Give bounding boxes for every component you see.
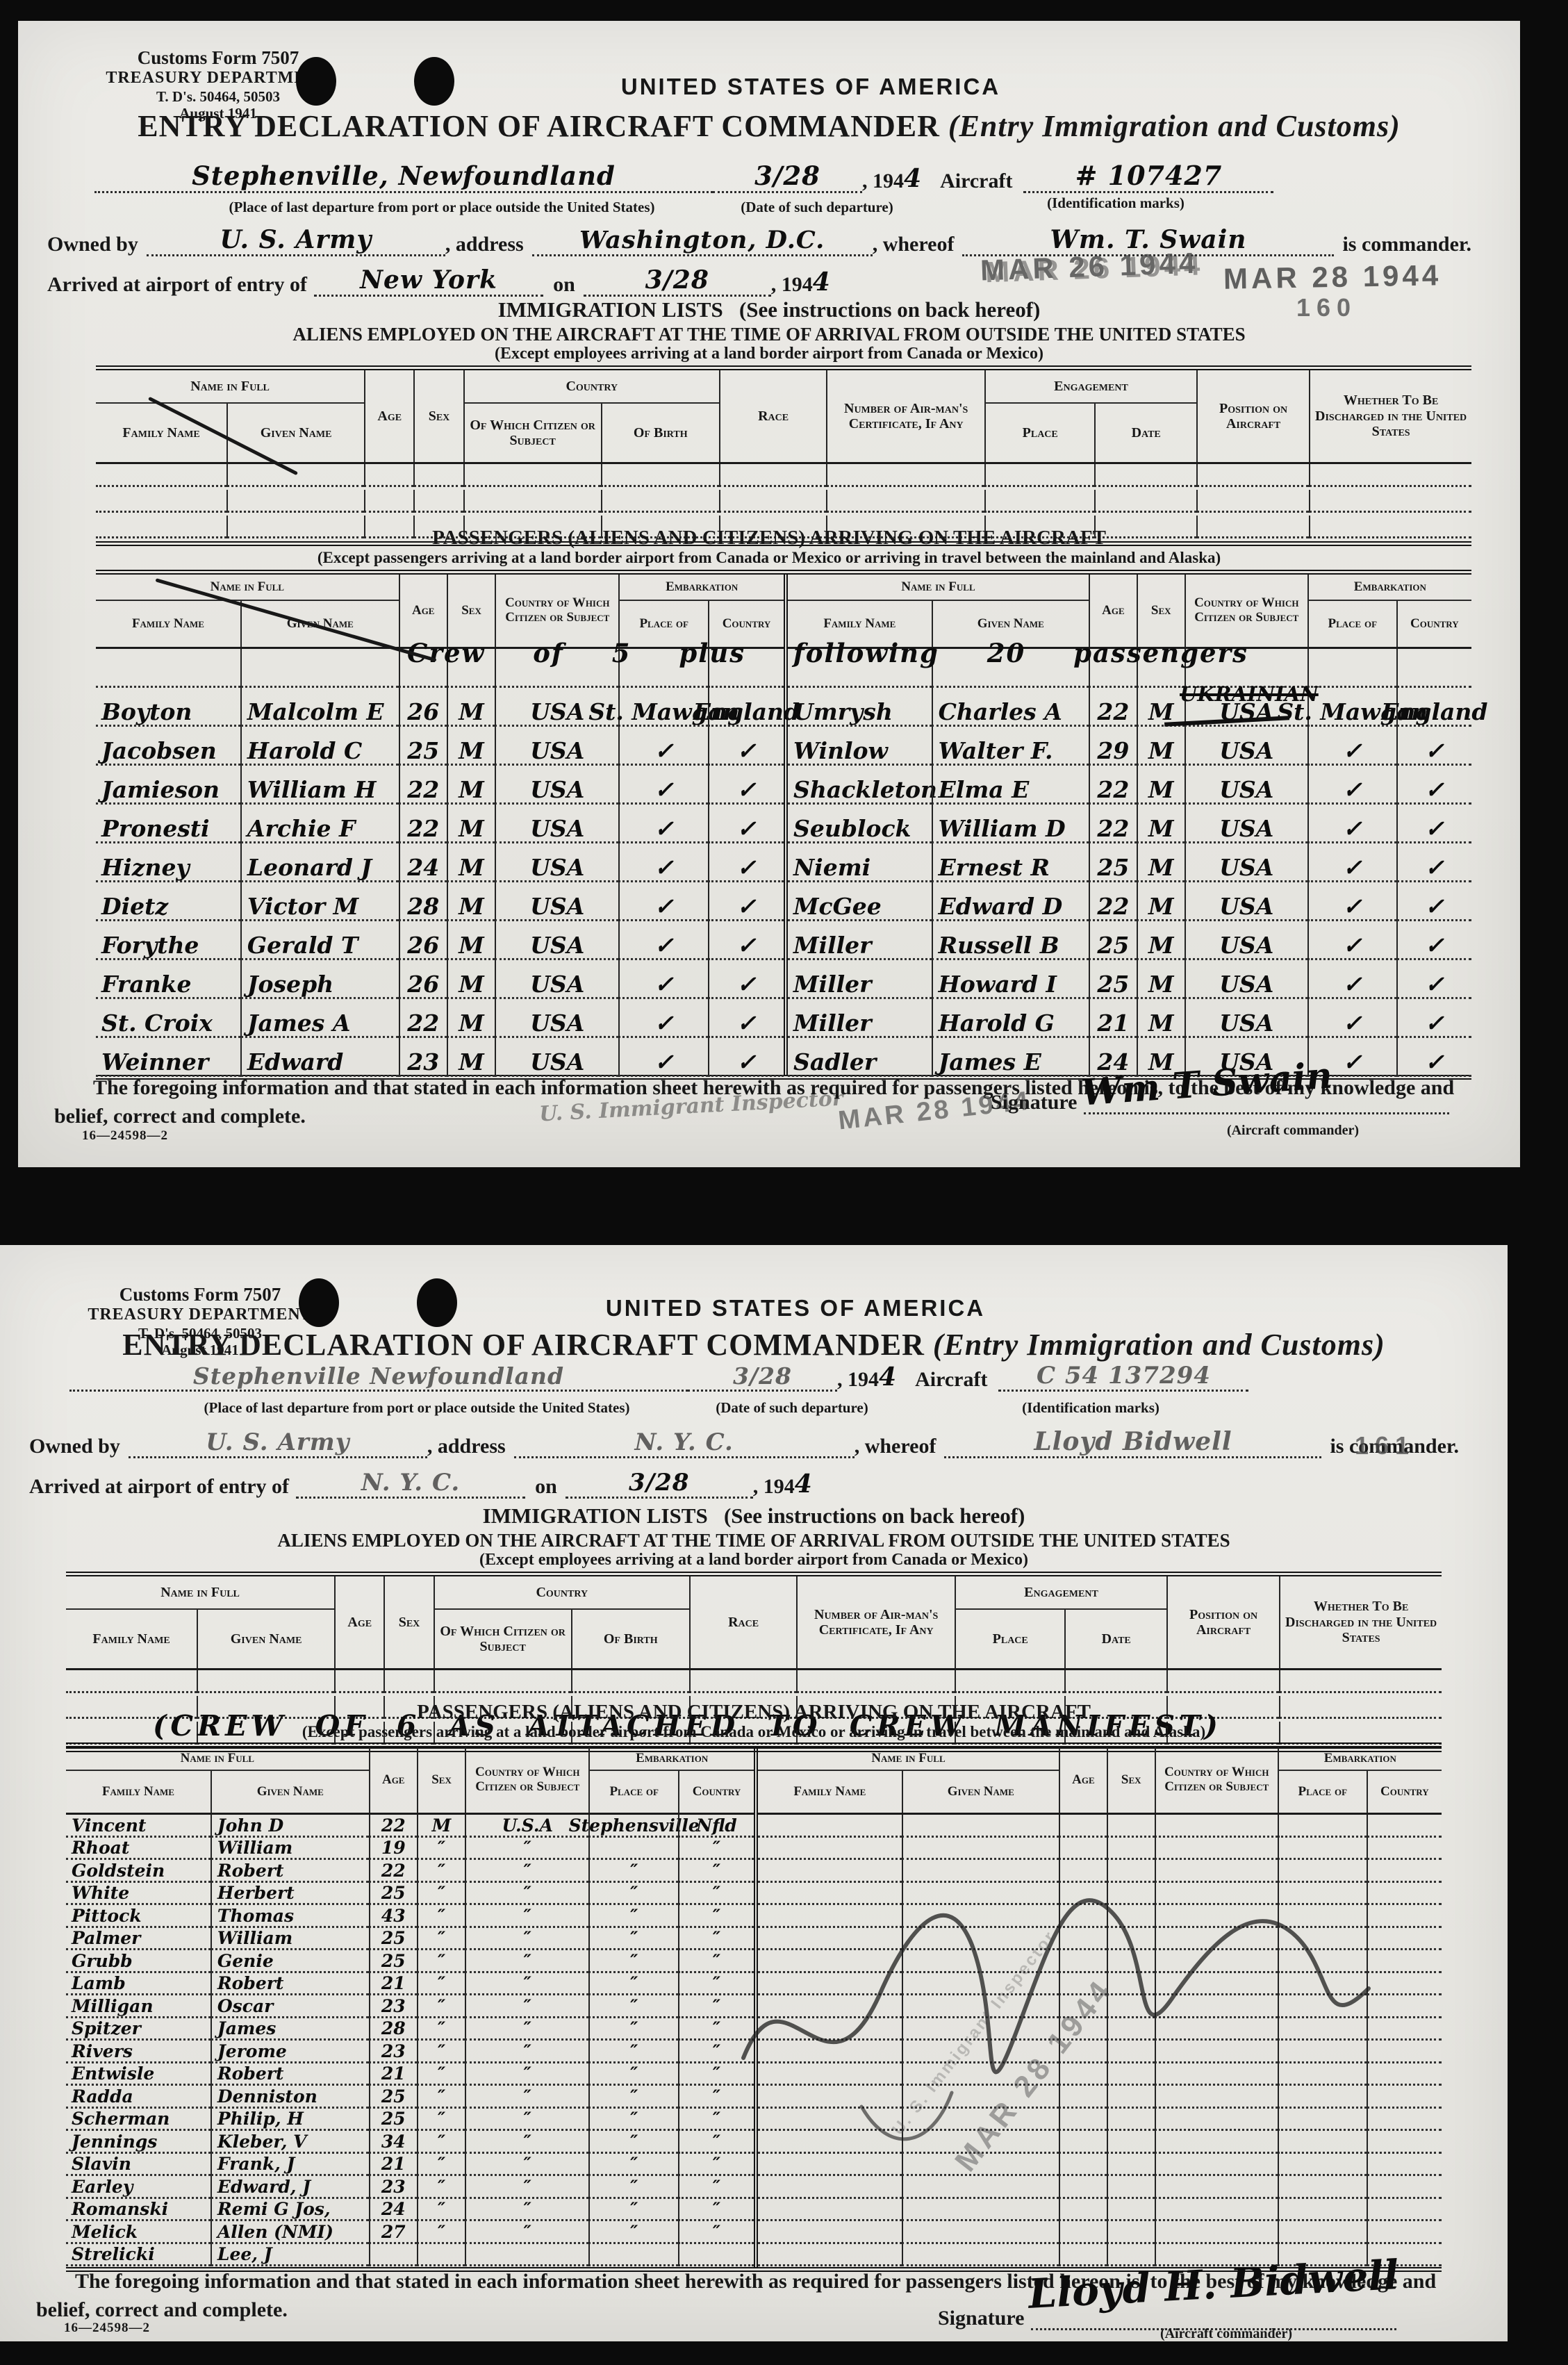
- col-birth: Of Birth: [571, 1610, 689, 1668]
- aliens-table-header: Name in Full Family Name Given Name Age …: [96, 370, 1471, 464]
- age-cell: 25: [399, 727, 447, 766]
- sex-cell: ″: [417, 1838, 465, 1861]
- form-print-number: 16—24598—2: [64, 2321, 150, 2336]
- citizen-cell: USA: [1185, 843, 1307, 882]
- passenger-row: Earley Edward, J 23 ″ ″ ″ ″: [66, 2176, 754, 2199]
- sex-cell: ″: [417, 1973, 465, 1996]
- citizen-cell: ″: [465, 1950, 588, 1973]
- date-stamp: MAR 28 1944: [1223, 258, 1442, 295]
- citizen-cell: ″: [465, 2086, 588, 2109]
- passenger-row: Shackleton Elma E 22 M USA ✓ ✓: [788, 766, 1471, 805]
- embark-place-cell: ″: [588, 1973, 678, 1996]
- embark-country-cell: [678, 2244, 754, 2267]
- family-name-cell: Sadler: [788, 1038, 932, 1077]
- embark-country-cell: ✓: [708, 1038, 784, 1077]
- passenger-row: Scherman Philip, H 25 ″ ″ ″ ″: [66, 2109, 754, 2132]
- passenger-row: Franke Joseph 26 M USA ✓ ✓: [96, 960, 784, 999]
- age-cell: 25: [369, 1883, 417, 1906]
- col-citizen: Country of Which Citizen or Subject: [1185, 575, 1307, 647]
- age-cell: 23: [369, 1995, 417, 2018]
- passenger-row: Romanski Remi G Jos, 24 ″ ″ ″ ″: [66, 2199, 754, 2222]
- col-race: Race: [689, 1576, 796, 1668]
- age-cell: 19: [369, 1838, 417, 1861]
- passenger-row: Entwisle Robert 21 ″ ″ ″ ″: [66, 2063, 754, 2086]
- passenger-row: McGee Edward D 22 M USA ✓ ✓: [788, 882, 1471, 921]
- col-age: Age: [1089, 575, 1137, 647]
- col-name-in-full: Name in Full: [758, 1747, 1059, 1771]
- age-cell: 27: [369, 2221, 417, 2244]
- col-citizen: Country of Which Citizen or Subject: [1155, 1747, 1278, 1813]
- col-sex: Sex: [417, 1747, 465, 1813]
- age-cell: 21: [1089, 999, 1137, 1038]
- age-cell: 23: [399, 1038, 447, 1077]
- owned-by-label: Owned by: [29, 1435, 120, 1458]
- col-given-name: Given Name: [902, 1771, 1059, 1813]
- arrival-year-digit: 4: [813, 267, 831, 297]
- citizen-cell: ″: [465, 2221, 588, 2244]
- embark-place-cell: ″: [588, 2041, 678, 2063]
- embark-place-cell: ″: [588, 1995, 678, 2018]
- citizen-cell: USA: [495, 843, 618, 882]
- col-embark-country: Country: [1367, 1771, 1442, 1813]
- passenger-row: Radda Denniston 25 ″ ″ ″ ″: [66, 2086, 754, 2109]
- sex-cell: M: [1137, 766, 1185, 805]
- family-name-cell: St. Croix: [96, 999, 240, 1038]
- embark-place-cell: ✓: [1307, 766, 1396, 805]
- departure-date-field: 3/28: [713, 160, 862, 193]
- family-name-cell: Miller: [788, 999, 932, 1038]
- arrival-date-value: 3/28: [629, 1469, 689, 1497]
- sex-cell: M: [447, 1038, 495, 1077]
- family-name-cell: Miller: [788, 960, 932, 999]
- family-name-cell: McGee: [788, 882, 932, 921]
- family-name-cell: Shackleton: [788, 766, 932, 805]
- embark-place-cell: ″: [588, 1905, 678, 1928]
- age-cell: 26: [399, 960, 447, 999]
- age-cell: 24: [399, 843, 447, 882]
- col-embark-place: Place of: [588, 1771, 678, 1813]
- id-marks-sub-label: (Identification marks): [987, 1399, 1195, 1417]
- on-label: on: [553, 273, 575, 297]
- crew-count-note: Crew of 5 plus following 20 passengers: [407, 638, 1248, 668]
- sex-cell: M: [1137, 805, 1185, 843]
- sex-cell: ″: [417, 2199, 465, 2222]
- passenger-row: Hizney Leonard J 24 M USA ✓ ✓: [96, 843, 784, 882]
- age-cell: 22: [399, 805, 447, 843]
- citizen-cell: USA: [495, 805, 618, 843]
- col-citizen: Of Which Citizen or Subject: [434, 1610, 571, 1668]
- given-name-cell: Edward: [240, 1038, 399, 1077]
- embark-place-cell: ✓: [1307, 805, 1396, 843]
- aircraft-label: Aircraft: [915, 1368, 987, 1392]
- form-title: ENTRY DECLARATION OF AIRCRAFT COMMANDER …: [0, 1327, 1508, 1362]
- date-stamp-smudged: MAR 26 1944: [980, 247, 1199, 288]
- citizen-cell: USA: [495, 727, 618, 766]
- citizen-cell: ″: [465, 2131, 588, 2154]
- passenger-row: Winlow Walter F. 29 M USA ✓ ✓: [788, 727, 1471, 766]
- embark-place-cell: ″: [588, 1860, 678, 1883]
- immigration-lists-heading: IMMIGRATION LISTS (See instructions on b…: [18, 297, 1520, 322]
- col-engagement-date: Date: [1064, 1610, 1166, 1668]
- crossed-ukrainian-note: UKRAINIAN: [1180, 682, 1319, 706]
- given-name-cell: Edward D: [932, 882, 1089, 921]
- age-cell: 26: [399, 688, 447, 727]
- embark-country-cell: ″: [678, 2199, 754, 2222]
- citizen-cell: USA: [1185, 921, 1307, 960]
- embark-place-cell: ✓: [618, 727, 708, 766]
- family-name-cell: Spitzer: [66, 2018, 211, 2041]
- passenger-row: Weinner Edward 23 M USA ✓ ✓: [96, 1038, 784, 1077]
- col-age: Age: [1059, 1747, 1107, 1813]
- embark-place-cell: [588, 1838, 678, 1861]
- family-name-cell: Romanski: [66, 2199, 211, 2222]
- signature-label: Signature: [938, 2307, 1024, 2330]
- given-name-cell: Remi G Jos,: [211, 2199, 369, 2222]
- embark-place-cell: ″: [588, 2109, 678, 2132]
- age-cell: 22: [399, 766, 447, 805]
- departure-place-sub-label: (Place of last departure from port or pl…: [136, 199, 748, 216]
- age-cell: 28: [399, 882, 447, 921]
- age-cell: 24: [369, 2199, 417, 2222]
- sex-cell: ″: [417, 2154, 465, 2177]
- sex-cell: M: [447, 688, 495, 727]
- sex-cell: M: [447, 805, 495, 843]
- age-cell: 34: [369, 2131, 417, 2154]
- owner-value: U. S. Army: [206, 1428, 349, 1456]
- given-name-cell: Jerome: [211, 2041, 369, 2063]
- departure-date-sub-label: (Date of such departure): [720, 199, 914, 216]
- year-prefix: , 194: [862, 170, 904, 193]
- sex-cell: ″: [417, 1883, 465, 1906]
- embark-place-cell: ″: [588, 2018, 678, 2041]
- citizen-cell: USA: [495, 766, 618, 805]
- form-title-main: ENTRY DECLARATION OF AIRCRAFT COMMANDER: [138, 109, 940, 143]
- citizen-cell: USA: [1185, 999, 1307, 1038]
- sex-cell: ″: [417, 2063, 465, 2086]
- immigration-lists-note: (See instructions on back hereof): [724, 1503, 1025, 1528]
- aliens-heading: ALIENS EMPLOYED ON THE AIRCRAFT AT THE T…: [0, 1530, 1508, 1551]
- family-name-cell: Rivers: [66, 2041, 211, 2063]
- age-cell: 25: [369, 1928, 417, 1951]
- given-name-cell: Harold G: [932, 999, 1089, 1038]
- embark-country-cell: England: [708, 688, 784, 727]
- sex-cell: M: [447, 921, 495, 960]
- passengers-subheading: (Except passengers arriving at a land bo…: [18, 549, 1520, 567]
- sex-cell: M: [447, 843, 495, 882]
- embark-country-cell: ✓: [1396, 960, 1471, 999]
- owned-line: Owned by U. S. Army , address N. Y. C. ,…: [29, 1427, 1459, 1458]
- col-airman-cert: Number of Air-man's Certificate, If Any: [826, 370, 984, 462]
- col-sex: Sex: [413, 370, 463, 462]
- col-family-name: Family Name: [96, 601, 240, 647]
- embark-place-cell: ✓: [618, 843, 708, 882]
- col-family-name: Family Name: [758, 1771, 902, 1813]
- sex-cell: ″: [417, 2176, 465, 2199]
- arrival-year-prefix: , 194: [753, 1475, 795, 1499]
- commander-value: Lloyd Bidwell: [1034, 1427, 1232, 1456]
- col-engagement-place: Place: [955, 1610, 1064, 1668]
- passenger-row: Lamb Robert 21 ″ ″ ″ ″: [66, 1973, 754, 1996]
- passengers-heading: PASSENGERS (ALIENS AND CITIZENS) ARRIVIN…: [18, 527, 1520, 550]
- col-country: Country: [434, 1576, 689, 1610]
- embark-country-cell: ✓: [708, 921, 784, 960]
- col-country: Country: [463, 370, 719, 404]
- passenger-empty-row: [758, 2199, 1442, 2222]
- sex-cell: M: [1137, 727, 1185, 766]
- citizen-cell: ″: [465, 2018, 588, 2041]
- immigration-lists-heading: IMMIGRATION LISTS (See instructions on b…: [0, 1503, 1508, 1528]
- citizen-cell: ″: [465, 1860, 588, 1883]
- citizen-cell: ″: [465, 1995, 588, 2018]
- family-name-cell: Entwisle: [66, 2063, 211, 2086]
- col-citizen: Country of Which Citizen or Subject: [465, 1747, 588, 1813]
- aliens-empty-row: [96, 490, 1471, 516]
- age-cell: 29: [1089, 727, 1137, 766]
- departure-date-value: 3/28: [754, 160, 820, 191]
- passenger-row: Niemi Ernest R 25 M USA ✓ ✓: [788, 843, 1471, 882]
- year-digit: 4: [879, 1362, 897, 1392]
- passengers-left-half: Name in Full Family Name Given Name Age …: [66, 1747, 754, 2267]
- on-label: on: [535, 1475, 557, 1499]
- col-embarkation: Embarkation: [1278, 1747, 1442, 1771]
- citizen-cell: [465, 2244, 588, 2267]
- given-name-cell: Robert: [211, 1973, 369, 1996]
- embark-place-cell: ✓: [1307, 882, 1396, 921]
- form-title-paren: (Entry Immigration and Customs): [948, 109, 1401, 143]
- sex-cell: [417, 2244, 465, 2267]
- sex-cell: M: [447, 766, 495, 805]
- passenger-row: Boyton Malcolm E 26 M USA St. Mawgan Eng…: [96, 688, 784, 727]
- year-digit: 4: [904, 164, 922, 193]
- given-name-cell: Elma E: [932, 766, 1089, 805]
- age-cell: 25: [369, 1950, 417, 1973]
- col-citizen: Of Which Citizen or Subject: [463, 404, 601, 462]
- col-engagement: Engagement: [984, 370, 1196, 404]
- family-name-cell: Radda: [66, 2086, 211, 2109]
- passenger-row: Dietz Victor M 28 M USA ✓ ✓: [96, 882, 784, 921]
- aircraft-field: C 54 137294: [998, 1362, 1248, 1392]
- passenger-row: Goldstein Robert 22 ″ ″ ″ ″: [66, 1860, 754, 1883]
- col-position: Position on Aircraft: [1166, 1576, 1279, 1668]
- arrived-label: Arrived at airport of entry of: [29, 1475, 289, 1499]
- col-embark-place: Place of: [1278, 1771, 1367, 1813]
- aircraft-label: Aircraft: [940, 170, 1012, 193]
- age-cell: 43: [369, 1905, 417, 1928]
- col-age: Age: [399, 575, 447, 647]
- given-name-cell: Allen (NMI): [211, 2221, 369, 2244]
- family-name-cell: White: [66, 1883, 211, 1906]
- id-marks-sub-label: (Identification marks): [1012, 195, 1220, 212]
- form-sheet-1: Customs Form 7507 TREASURY DEPARTMENT T.…: [18, 21, 1520, 1167]
- passenger-row: Forythe Gerald T 26 M USA ✓ ✓: [96, 921, 784, 960]
- given-name-cell: Thomas: [211, 1905, 369, 1928]
- entry-airport-value: New York: [360, 265, 497, 295]
- given-name-cell: Herbert: [211, 1883, 369, 1906]
- col-embarkation: Embarkation: [1307, 575, 1471, 601]
- passenger-row: Seublock William D 22 M USA ✓ ✓: [788, 805, 1471, 843]
- col-embarkation: Embarkation: [588, 1747, 754, 1771]
- sex-cell: ″: [417, 1860, 465, 1883]
- family-name-cell: Palmer: [66, 1928, 211, 1951]
- sex-cell: M: [1137, 960, 1185, 999]
- given-name-cell: Philip, H: [211, 2109, 369, 2132]
- embark-place-cell: ✓: [618, 921, 708, 960]
- entry-airport-field: N. Y. C.: [296, 1469, 525, 1499]
- us-title: UNITED STATES OF AMERICA: [18, 74, 1520, 100]
- family-name-cell: Franke: [96, 960, 240, 999]
- embark-country-cell: ✓: [1396, 805, 1471, 843]
- passenger-row: Miller Russell B 25 M USA ✓ ✓: [788, 921, 1471, 960]
- embark-country-cell: ✓: [708, 727, 784, 766]
- sex-cell: ″: [417, 2041, 465, 2063]
- passenger-row: Melick Allen (NMI) 27 ″ ″ ″ ″: [66, 2221, 754, 2244]
- signature-label: Signature: [991, 1091, 1077, 1114]
- given-name-cell: Kleber, V: [211, 2131, 369, 2154]
- col-name-in-full: Name in Full: [96, 575, 399, 601]
- immigration-lists-title: IMMIGRATION LISTS: [498, 297, 723, 322]
- sex-cell: M: [447, 999, 495, 1038]
- given-name-cell: Robert: [211, 1860, 369, 1883]
- family-name-cell: Jacobsen: [96, 727, 240, 766]
- immigration-lists-title: IMMIGRATION LISTS: [483, 1503, 708, 1528]
- passenger-row: Pittock Thomas 43 ″ ″ ″ ″: [66, 1905, 754, 1928]
- arrival-year-prefix: , 194: [771, 273, 813, 297]
- age-cell: 22: [399, 999, 447, 1038]
- embark-place-cell: [588, 2244, 678, 2267]
- embark-country-cell: ✓: [708, 843, 784, 882]
- entry-airport-value: N. Y. C.: [361, 1469, 460, 1497]
- year-prefix: , 194: [837, 1368, 879, 1392]
- family-name-cell: Slavin: [66, 2154, 211, 2177]
- passenger-rows-left: Boyton Malcolm E 26 M USA St. Mawgan Eng…: [96, 688, 784, 1077]
- sex-cell: M: [1137, 999, 1185, 1038]
- commander-field: Lloyd Bidwell: [944, 1427, 1321, 1458]
- col-citizen: Country of Which Citizen or Subject: [495, 575, 618, 647]
- family-name-cell: Weinner: [96, 1038, 240, 1077]
- embark-country-cell: ✓: [708, 999, 784, 1038]
- given-name-cell: Russell B: [932, 921, 1089, 960]
- family-name-cell: Umrysh: [788, 688, 932, 727]
- form-title-main: ENTRY DECLARATION OF AIRCRAFT COMMANDER: [122, 1328, 925, 1362]
- whereof-label: , whereof: [855, 1435, 936, 1458]
- age-cell: 22: [1089, 882, 1137, 921]
- family-name-cell: Jennings: [66, 2131, 211, 2154]
- passenger-rows: Vincent John D 22 M U.S.A Stephensville …: [66, 1815, 754, 2266]
- age-cell: 25: [369, 2086, 417, 2109]
- passenger-row: Jennings Kleber, V 34 ″ ″ ″ ″: [66, 2131, 754, 2154]
- passenger-row: Slavin Frank, J 21 ″ ″ ″ ″: [66, 2154, 754, 2177]
- departure-place-field: Stephenville, Newfoundland: [94, 160, 713, 193]
- sex-cell: M: [447, 727, 495, 766]
- col-engagement: Engagement: [955, 1576, 1166, 1610]
- passenger-table-header: Name in Full Family Name Given Name Age …: [758, 1747, 1442, 1815]
- col-sex: Sex: [447, 575, 495, 647]
- passenger-row: Rhoat William 19 ″ ″ ″: [66, 1838, 754, 1861]
- embark-place-cell: ″: [588, 2221, 678, 2244]
- passenger-row: Umrysh Charles A 22 M USA St. Mawgan Eng…: [788, 688, 1471, 727]
- departure-line: Stephenville Newfoundland 3/28 , 194 4 A…: [69, 1362, 1459, 1392]
- citizen-cell: USA: [1185, 766, 1307, 805]
- embark-country-cell: ✓: [1396, 843, 1471, 882]
- embark-country-cell: ✓: [708, 882, 784, 921]
- family-name-cell: Lamb: [66, 1973, 211, 1996]
- whereof-label: , whereof: [873, 233, 955, 256]
- signature-sub-label: (Aircraft commander): [1112, 2326, 1341, 2342]
- embark-place-cell: ✓: [618, 766, 708, 805]
- arrived-label: Arrived at airport of entry of: [47, 273, 307, 297]
- embark-place-cell: ″: [588, 2131, 678, 2154]
- col-name-in-full: Name in Full: [96, 370, 364, 404]
- departure-date-value: 3/28: [733, 1362, 792, 1390]
- col-embark-country: Country: [678, 1771, 754, 1813]
- embark-country-cell: ✓: [1396, 1038, 1471, 1077]
- col-engagement-date: Date: [1094, 404, 1196, 462]
- given-name-cell: Joseph: [240, 960, 399, 999]
- signature-sub-label: (Aircraft commander): [1178, 1123, 1408, 1139]
- aliens-empty-row: [66, 1670, 1442, 1696]
- sex-cell: ″: [417, 2018, 465, 2041]
- given-name-cell: Archie F: [240, 805, 399, 843]
- given-name-cell: Denniston: [211, 2086, 369, 2109]
- embark-place-cell: ✓: [618, 805, 708, 843]
- embark-place-cell: ″: [588, 2154, 678, 2177]
- given-name-cell: Genie: [211, 1950, 369, 1973]
- sex-cell: M: [1137, 882, 1185, 921]
- age-cell: 25: [369, 2109, 417, 2132]
- sex-cell: ″: [417, 1995, 465, 2018]
- embark-place-cell: ″: [588, 1928, 678, 1951]
- col-age: Age: [334, 1576, 383, 1668]
- col-name-in-full: Name in Full: [66, 1747, 369, 1771]
- sex-cell: M: [447, 882, 495, 921]
- sex-cell: ″: [417, 2109, 465, 2132]
- sex-cell: ″: [417, 1950, 465, 1973]
- col-given-name: Given Name: [226, 404, 364, 462]
- passenger-row: Pronesti Archie F 22 M USA ✓ ✓: [96, 805, 784, 843]
- address-field: Washington, D.C.: [532, 226, 873, 256]
- embark-place-cell: ✓: [1307, 921, 1396, 960]
- address-value: Washington, D.C.: [579, 226, 825, 254]
- aliens-subheading: (Except employees arriving at a land bor…: [18, 345, 1520, 363]
- given-name-cell: Victor M: [240, 882, 399, 921]
- citizen-cell: USA: [495, 921, 618, 960]
- embark-country-cell: ″: [678, 2221, 754, 2244]
- passenger-row: White Herbert 25 ″ ″ ″ ″: [66, 1883, 754, 1906]
- scanned-page: { "labels": { "corner": ["Customs Form 7…: [0, 0, 1568, 2365]
- embark-place-cell: ″: [588, 2086, 678, 2109]
- col-embarkation: Embarkation: [618, 575, 784, 601]
- arrival-date-field: 3/28: [566, 1469, 753, 1499]
- given-name-cell: Edward, J: [211, 2176, 369, 2199]
- embark-place-cell: Stephensville: [588, 1815, 678, 1838]
- family-name-cell: Miller: [788, 921, 932, 960]
- age-cell: [369, 2244, 417, 2267]
- owner-field: U. S. Army: [129, 1428, 427, 1458]
- departure-line: Stephenville, Newfoundland 3/28 , 194 4 …: [94, 160, 1471, 193]
- col-name-in-full: Name in Full: [788, 575, 1089, 601]
- passenger-row: Rivers Jerome 23 ″ ″ ″ ″: [66, 2041, 754, 2063]
- signature-line: Signature: [991, 1091, 1449, 1114]
- col-embark-place: Place of: [1307, 601, 1396, 647]
- given-name-cell: Gerald T: [240, 921, 399, 960]
- age-cell: 22: [369, 1860, 417, 1883]
- col-given-name: Given Name: [240, 601, 399, 647]
- citizen-cell: ″: [465, 1928, 588, 1951]
- departure-date-field: 3/28: [688, 1362, 837, 1392]
- sex-cell: M: [417, 1815, 465, 1838]
- owned-line: Owned by U. S. Army , address Washington…: [47, 225, 1471, 256]
- col-name-in-full: Name in Full: [66, 1576, 334, 1610]
